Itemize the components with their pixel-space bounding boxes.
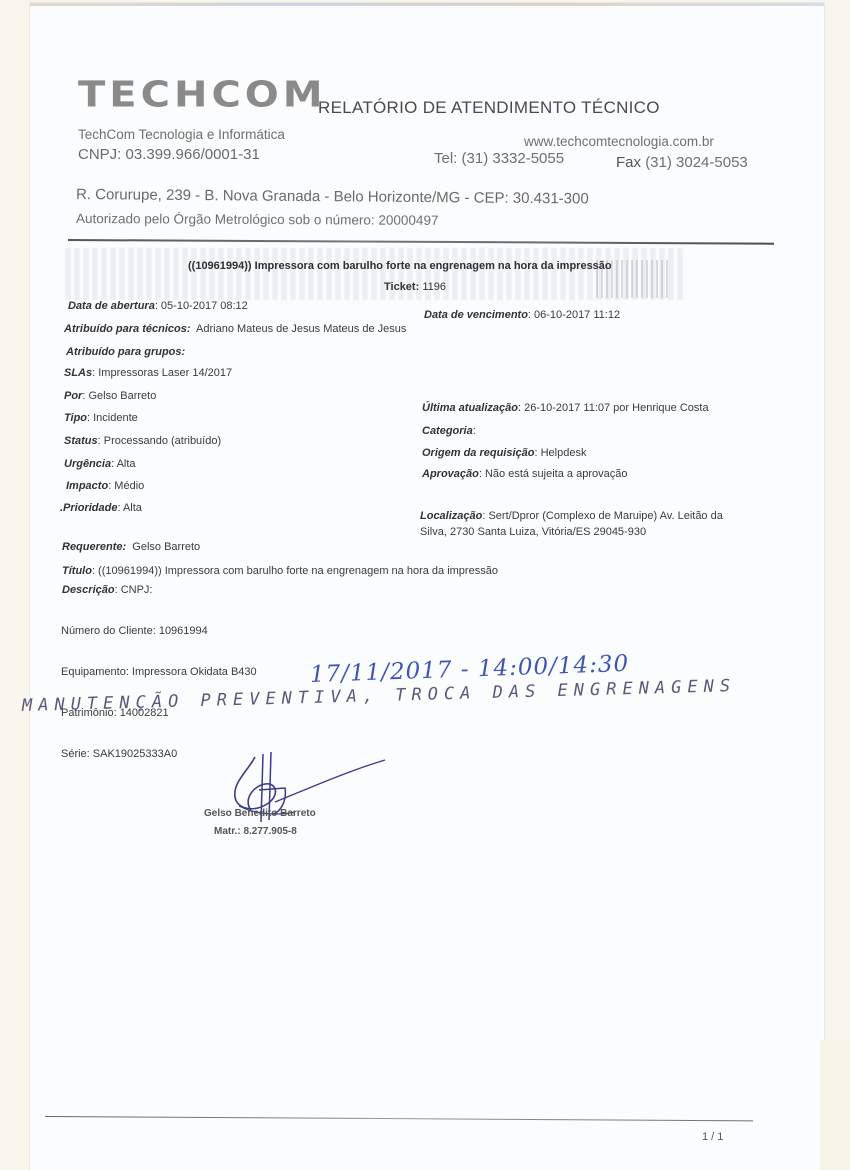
field-impacto: Impacto: Médio — [66, 480, 144, 492]
scan-bleed-through — [65, 248, 685, 300]
field-localizacao-line2: Silva, 2730 Santa Luiza, Vitória/ES 2904… — [420, 526, 646, 538]
field-descricao: Descrição: CNPJ: — [62, 584, 153, 596]
company-fax: Fax (31) 3024-5053 — [616, 154, 748, 171]
report-title: RELATÓRIO DE ATENDIMENTO TÉCNICO — [318, 98, 660, 118]
ticket-label: Ticket: — [384, 281, 419, 293]
description-line: Equipamento: Impressora Okidata B430 — [61, 666, 257, 680]
fax-number: (31) 3024-5053 — [645, 154, 748, 171]
description-details: Número do Cliente: 10961994 Equipamento:… — [61, 598, 257, 775]
signatory-registration: Matr.: 8.277.905-8 — [214, 826, 297, 837]
company-website: www.techcomtecnologia.com.br — [524, 134, 714, 149]
company-name: TechCom Tecnologia e Informática — [78, 127, 285, 142]
signature-scribble-icon — [225, 752, 395, 832]
description-line: Número do Cliente: 10961994 — [61, 625, 257, 639]
techcom-logo: TECHCOM — [78, 74, 327, 115]
field-origem: Origem da requisição: Helpdesk — [422, 447, 586, 459]
field-por: Por: Gelso Barreto — [64, 390, 156, 402]
field-requerente: Requerente: Gelso Barreto — [62, 541, 200, 553]
ticket-number-value: 1196 — [422, 281, 446, 293]
field-grupos: Atribuído para grupos: — [66, 346, 185, 358]
field-tipo: Tipo: Incidente — [64, 412, 138, 424]
field-aprovacao: Aprovação: Não está sujeita a aprovação — [422, 468, 627, 480]
field-status: Status: Processando (atribuído) — [64, 435, 221, 447]
fax-label: Fax — [616, 154, 641, 171]
field-ultima-atualizacao: Última atualização: 26-10-2017 11:07 por… — [422, 402, 709, 414]
company-phone: Tel: (31) 3332-5055 — [434, 150, 564, 167]
field-prioridade: .Prioridade: Alta — [60, 502, 142, 514]
field-data-vencimento: Data de vencimento: 06-10-2017 11:12 — [424, 309, 620, 321]
field-data-abertura: Data de abertura: 05-10-2017 08:12 — [68, 300, 248, 312]
field-categoria: Categoria: — [422, 425, 476, 437]
metrology-authorization: Autorizado pelo Órgão Metrológico sob o … — [76, 211, 439, 228]
field-tecnicos: Atribuído para técnicos: Adriano Mateus … — [64, 323, 406, 335]
ticket-number: Ticket: 1196 — [384, 281, 446, 293]
field-urgencia: Urgência: Alta — [64, 458, 136, 470]
field-slas: SLAs: Impressoras Laser 14/2017 — [64, 367, 232, 379]
scan-margin — [820, 1040, 850, 1170]
field-titulo: Título: ((10961994)) Impressora com baru… — [62, 565, 498, 577]
field-localizacao: Localização: Sert/Dpror (Complexo de Mar… — [420, 510, 723, 522]
ticket-title: ((10961994)) Impressora com barulho fort… — [188, 260, 612, 272]
company-cnpj: CNPJ: 03.399.966/0001-31 — [78, 146, 260, 163]
page-number: 1 / 1 — [702, 1131, 723, 1143]
signatory-name: Gelso Benedito Barreto — [204, 808, 316, 819]
